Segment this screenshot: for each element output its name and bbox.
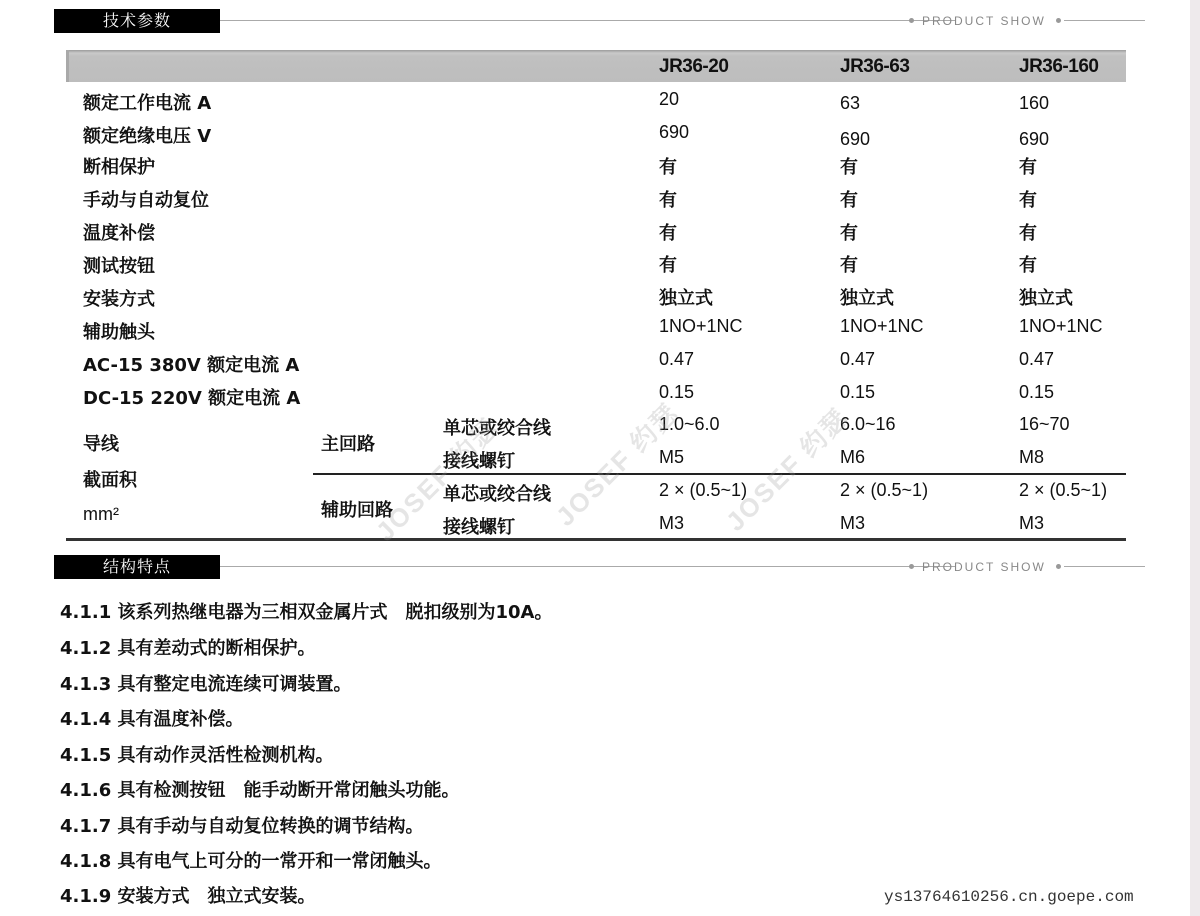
- section-title: 结构特点: [54, 555, 220, 579]
- model-header: JR36-160: [1019, 56, 1098, 78]
- model-header: JR36-63: [840, 56, 909, 78]
- dot-icon: [1056, 564, 1061, 569]
- watermark: JOSEF 约瑟: [716, 399, 856, 539]
- cell: 0.47: [840, 349, 875, 370]
- row-label: 断相保护: [83, 153, 155, 179]
- cell: 1NO+1NC: [840, 316, 924, 337]
- row-label: 测试按钮: [83, 252, 155, 278]
- cell: M3: [1019, 513, 1044, 534]
- item-label: 单芯或绞合线: [443, 480, 551, 506]
- cell: 有: [1019, 186, 1037, 212]
- row-label: 额定工作电流 A: [83, 89, 211, 115]
- divider-line: [220, 566, 955, 567]
- cell: 63: [840, 93, 860, 114]
- feature-item: 4.1.8 具有电气上可分的一常开和一常闭触头。: [60, 847, 442, 873]
- cell: M6: [840, 447, 865, 468]
- wire-label: 导线: [83, 430, 119, 456]
- feature-item: 4.1.1 该系列热继电器为三相双金属片式 脱扣级别为10A。: [60, 598, 553, 624]
- cell: 690: [1019, 129, 1049, 150]
- page-edge: [1190, 0, 1200, 916]
- cell: 1NO+1NC: [659, 316, 743, 337]
- feature-item: 4.1.7 具有手动与自动复位转换的调节结构。: [60, 812, 424, 838]
- cell: M8: [1019, 447, 1044, 468]
- cell: 有: [840, 153, 858, 179]
- section-title: 技术参数: [54, 9, 220, 33]
- cell: 0.47: [659, 349, 694, 370]
- section-header-spec: 技术参数 PRODUCT SHOW: [54, 9, 1144, 33]
- cell: 有: [659, 153, 677, 179]
- cell: 690: [659, 122, 689, 143]
- cell: 有: [659, 219, 677, 245]
- cell: M3: [659, 513, 684, 534]
- divider-line: [1064, 20, 1145, 21]
- cell: 0.47: [1019, 349, 1054, 370]
- wire-unit: mm²: [83, 504, 119, 525]
- wire-label: 截面积: [83, 466, 137, 492]
- cell: 独立式: [1019, 284, 1073, 310]
- cell: 0.15: [1019, 382, 1054, 403]
- cell: 有: [1019, 219, 1037, 245]
- cell: 有: [840, 219, 858, 245]
- cell: 独立式: [659, 284, 713, 310]
- table-header: JR36-20 JR36-63 JR36-160: [66, 50, 1126, 82]
- section-header-features: 结构特点 PRODUCT SHOW: [54, 555, 1144, 579]
- footer-url: ys13764610256.cn.goepe.com: [884, 888, 1134, 906]
- row-label: 手动与自动复位: [83, 186, 209, 212]
- feature-item: 4.1.3 具有整定电流连续可调装置。: [60, 670, 352, 696]
- cell: 有: [840, 251, 858, 277]
- cell: 独立式: [840, 284, 894, 310]
- cell: 有: [659, 251, 677, 277]
- row-label: AC-15 380V 额定电流 A: [83, 351, 299, 377]
- cell: 有: [1019, 153, 1037, 179]
- dot-icon: [909, 564, 914, 569]
- cell: 16~70: [1019, 414, 1070, 435]
- cell: 有: [1019, 251, 1037, 277]
- cell: 690: [840, 129, 870, 150]
- feature-item: 4.1.5 具有动作灵活性检测机构。: [60, 741, 334, 767]
- group-label-main: 主回路: [321, 430, 375, 456]
- dot-icon: [1056, 18, 1061, 23]
- dot-icon: [909, 18, 914, 23]
- cell: M5: [659, 447, 684, 468]
- cell: 2 × (0.5~1): [840, 480, 928, 501]
- item-label: 接线螺钉: [443, 513, 515, 539]
- table-bottom-border: [66, 538, 1126, 541]
- feature-item: 4.1.2 具有差动式的断相保护。: [60, 634, 316, 660]
- divider-line: [220, 20, 955, 21]
- feature-item: 4.1.6 具有检测按钮 能手动断开常闭触头功能。: [60, 776, 460, 802]
- cell: 0.15: [840, 382, 875, 403]
- section-tag: PRODUCT SHOW: [922, 13, 1046, 29]
- section-tag: PRODUCT SHOW: [922, 559, 1046, 575]
- cell: 2 × (0.5~1): [1019, 480, 1107, 501]
- model-header: JR36-20: [659, 56, 728, 78]
- row-label: 安装方式: [83, 285, 155, 311]
- row-label: 额定绝缘电压 V: [83, 122, 211, 148]
- feature-item: 4.1.9 安装方式 独立式安装。: [60, 882, 316, 908]
- row-label: 温度补偿: [83, 219, 155, 245]
- divider-line: [1064, 566, 1145, 567]
- cell: 1NO+1NC: [1019, 316, 1103, 337]
- feature-item: 4.1.4 具有温度补偿。: [60, 705, 244, 731]
- cell: 有: [659, 186, 677, 212]
- cell: M3: [840, 513, 865, 534]
- row-label: DC-15 220V 额定电流 A: [83, 384, 300, 410]
- cell: 有: [840, 186, 858, 212]
- cell: 160: [1019, 93, 1049, 114]
- row-label: 辅助触头: [83, 318, 155, 344]
- cell: 20: [659, 89, 679, 110]
